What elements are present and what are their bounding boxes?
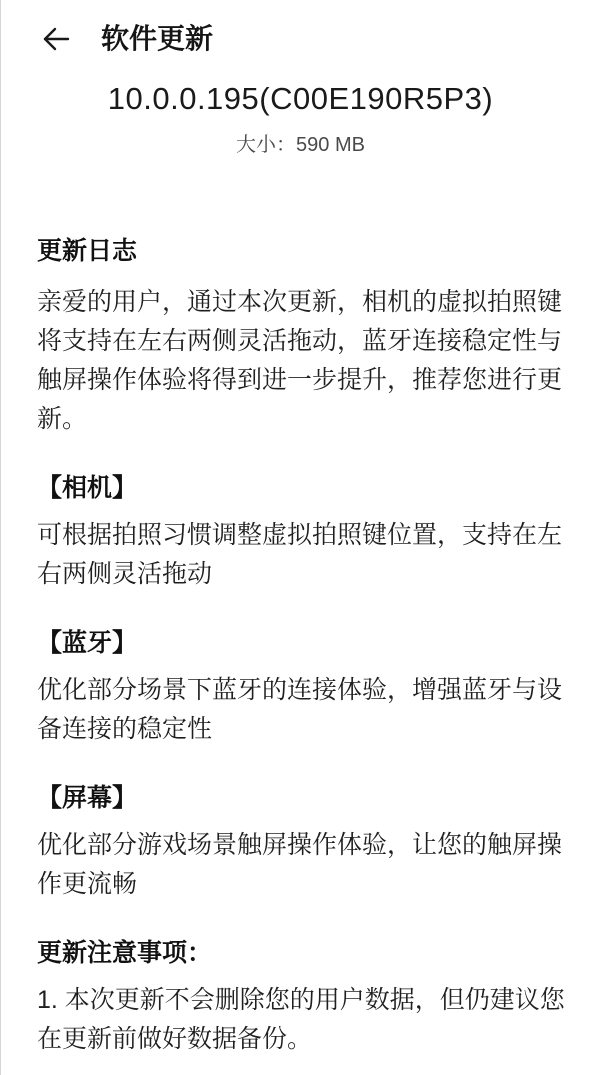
back-arrow-icon [42,27,70,51]
changelog-title: 更新日志 [37,232,566,271]
changelog-intro: 亲爱的用户，通过本次更新，相机的虚拟拍照键将支持在左右两侧灵活拖动，蓝牙连接稳定… [37,283,566,439]
section-heading-bluetooth: 【蓝牙】 [37,624,566,663]
size-text: 大小：590 MB [1,132,600,158]
notes-item: 1. 本次更新不会删除您的用户数据，但仍建议您在更新前做好数据备份。 [37,981,566,1059]
software-update-screen: { "header": { "back_icon": "left-arrow",… [0,0,600,1075]
notes-title: 更新注意事项： [37,934,566,973]
section-body-camera: 可根据拍照习惯调整虚拟拍照键位置，支持在左右两侧灵活拖动 [37,516,566,594]
changelog-content: 更新日志 亲爱的用户，通过本次更新，相机的虚拟拍照键将支持在左右两侧灵活拖动，蓝… [1,232,600,1059]
section-body-bluetooth: 优化部分场景下蓝牙的连接体验，增强蓝牙与设备连接的稳定性 [37,671,566,749]
page-title: 软件更新 [101,23,213,55]
version-text: 10.0.0.195(C00E190R5P3) [1,79,600,119]
header-bar: 软件更新 [1,0,600,55]
back-button[interactable] [41,23,71,55]
section-heading-screen: 【屏幕】 [37,779,566,818]
section-body-screen: 优化部分游戏场景触屏操作体验，让您的触屏操作更流畅 [37,826,566,904]
section-heading-camera: 【相机】 [37,469,566,508]
